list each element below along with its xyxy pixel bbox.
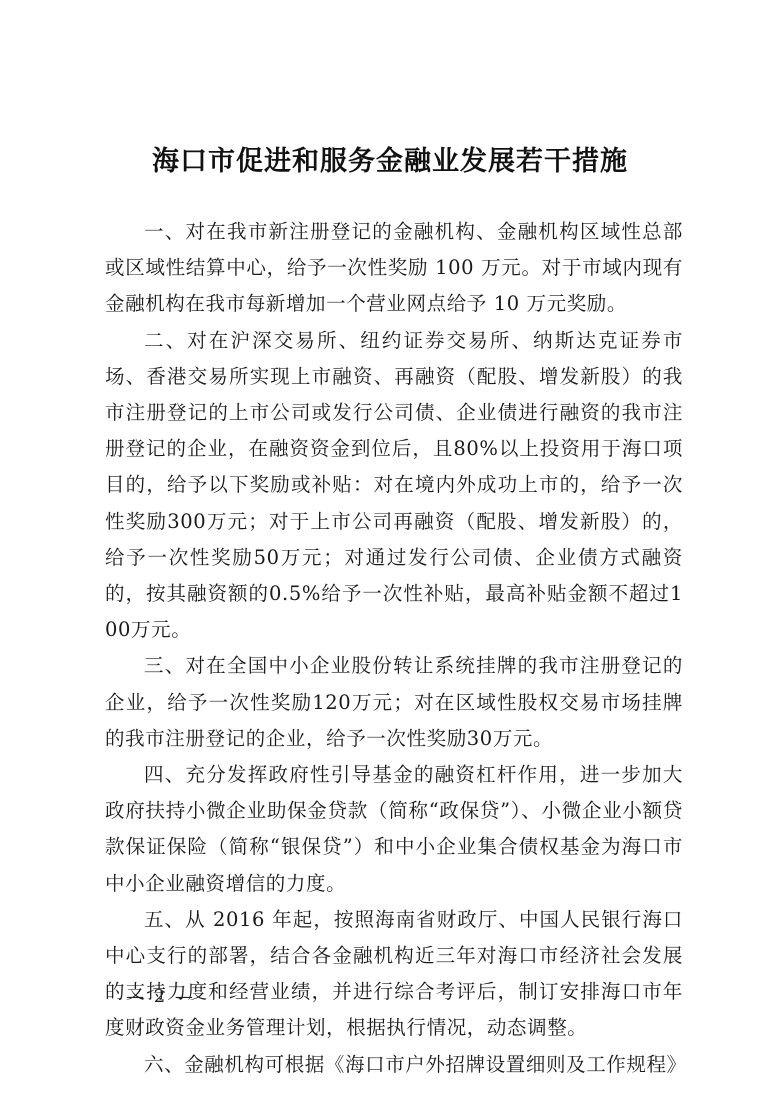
paragraph-6: 六、金融机构可根据《海口市户外招牌设置细则及工作规程》 — [105, 1047, 683, 1083]
document-title: 海口市促进和服务金融业发展若干措施 — [0, 143, 780, 181]
document-body: 一、对在我市新注册登记的金融机构、金融机构区域性总部或区域性结算中心，给予一次性… — [105, 214, 683, 1083]
paragraph-3: 三、对在全国中小企业股份转让系统挂牌的我市注册登记的企业，给予一次性奖励120万… — [105, 648, 683, 757]
paragraph-5: 五、从 2016 年起，按照海南省财政厅、中国人民银行海口中心支行的部署，结合各… — [105, 902, 683, 1047]
paragraph-2: 二、对在沪深交易所、纽约证券交易所、纳斯达克证券市场、香港交易所实现上市融资、再… — [105, 323, 683, 649]
paragraph-1: 一、对在我市新注册登记的金融机构、金融机构区域性总部或区域性结算中心，给予一次性… — [105, 214, 683, 323]
page-number: — 2 — — [126, 985, 195, 1009]
paragraph-4: 四、充分发挥政府性引导基金的融资杠杆作用，进一步加大政府扶持小微企业助保金贷款（… — [105, 757, 683, 902]
document-page: 海口市促进和服务金融业发展若干措施 一、对在我市新注册登记的金融机构、金融机构区… — [0, 0, 780, 1103]
